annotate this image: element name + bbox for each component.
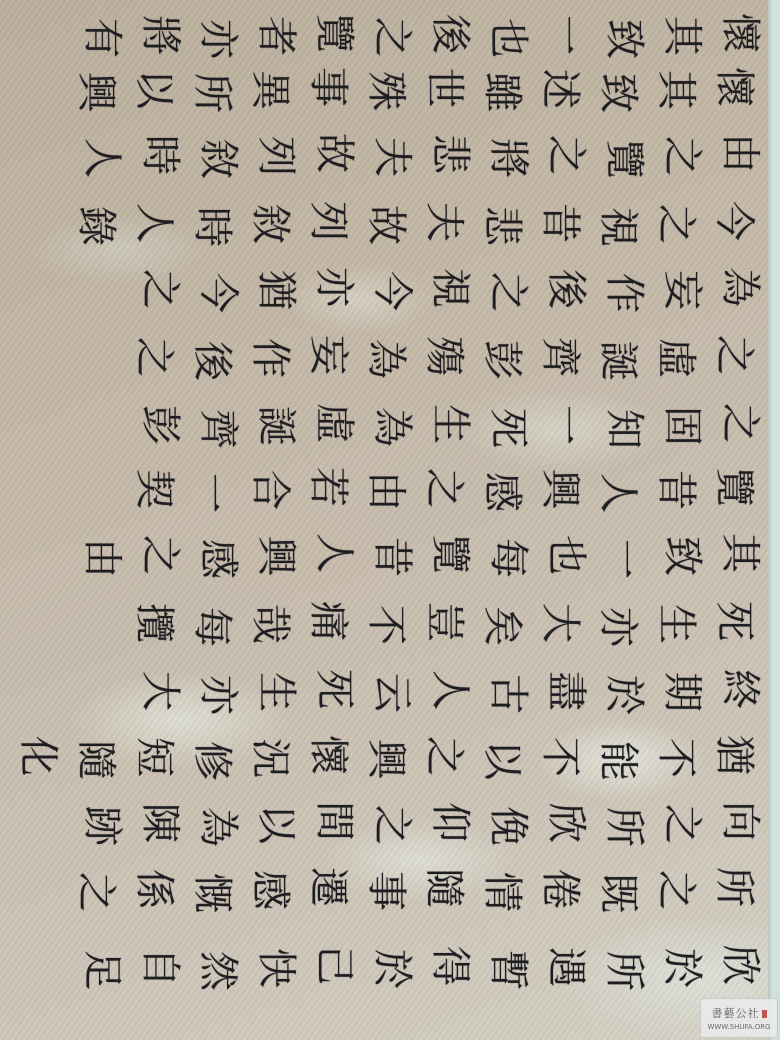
calligraphy-character: 興 — [251, 531, 301, 581]
calligraphy-character: 之 — [709, 330, 759, 380]
calligraphy-character: 列 — [251, 131, 301, 181]
calligraphy-character: 亦 — [193, 14, 243, 64]
calligraphy-character: 齊 — [193, 404, 243, 454]
calligraphy-character: 人 — [593, 468, 643, 518]
calligraphy-character: 事 — [303, 62, 353, 112]
calligraphy-character: 錄 — [71, 201, 121, 251]
calligraphy-character: 之 — [135, 264, 185, 314]
calligraphy-character: 盡 — [541, 666, 591, 716]
calligraphy-character: 之 — [541, 130, 591, 180]
calligraphy-character: 異 — [245, 65, 295, 115]
calligraphy-character: 懷 — [709, 62, 759, 112]
calligraphy-character: 由 — [361, 466, 411, 516]
calligraphy-column: 向之所欣俛仰之間以為陳跡 — [0, 796, 770, 856]
calligraphy-character: 彭 — [477, 335, 527, 385]
calligraphy-character: 為 — [367, 402, 417, 452]
calligraphy-character: 向 — [715, 796, 765, 846]
calligraphy-character: 也 — [541, 530, 591, 580]
calligraphy-character: 為 — [193, 802, 243, 852]
calligraphy-character: 之 — [419, 731, 469, 781]
calligraphy-character: 若 — [303, 462, 353, 512]
calligraphy-character: 今 — [367, 266, 417, 316]
calligraphy-character: 所 — [599, 802, 649, 852]
calligraphy-character: 豈 — [419, 597, 469, 647]
calligraphy-character: 隨 — [71, 735, 121, 785]
calligraphy-character: 所 — [599, 946, 649, 996]
calligraphy-character: 遇 — [541, 942, 591, 992]
calligraphy-character: 云 — [367, 668, 417, 718]
calligraphy-character: 陳 — [135, 798, 185, 848]
calligraphy-character: 今 — [709, 196, 759, 246]
calligraphy-character: 況 — [245, 733, 295, 783]
calligraphy-character: 仰 — [425, 797, 475, 847]
calligraphy-character: 殤 — [419, 331, 469, 381]
calligraphy-character: 係 — [129, 864, 179, 914]
calligraphy-character: 以 — [129, 64, 179, 114]
calligraphy-character: 敘 — [193, 134, 243, 184]
calligraphy-character: 作 — [245, 333, 295, 383]
calligraphy-column: 懷其致一也後之覽者亦將有 — [0, 8, 770, 68]
calligraphy-character: 昔 — [535, 198, 585, 248]
calligraphy-character: 悲 — [425, 129, 475, 179]
calligraphy-character: 短 — [129, 732, 179, 782]
calligraphy-character: 之 — [367, 12, 417, 62]
calligraphy-character: 後 — [187, 336, 237, 386]
calligraphy-character: 之 — [715, 398, 765, 448]
calligraphy-character: 生 — [651, 599, 701, 649]
calligraphy-character: 俛 — [483, 801, 533, 851]
calligraphy-column: 之固知一死生為虛誕齊彭 — [0, 398, 770, 458]
calligraphy-character: 其 — [651, 65, 701, 115]
calligraphy-character: 於 — [599, 670, 649, 720]
calligraphy-character: 懷 — [303, 730, 353, 780]
calligraphy-character: 雖 — [477, 67, 527, 117]
calligraphy-character: 化 — [13, 731, 63, 781]
calligraphy-character: 時 — [135, 130, 185, 180]
calligraphy-character: 虛 — [309, 398, 359, 448]
calligraphy-column: 死生亦大矣豈不痛哉每攬 — [0, 596, 770, 656]
calligraphy-character: 死 — [309, 664, 359, 714]
calligraphy-character: 古 — [483, 669, 533, 719]
calligraphy-character: 欣 — [715, 940, 765, 990]
calligraphy-character: 間 — [309, 796, 359, 846]
calligraphy-character: 情 — [477, 867, 527, 917]
calligraphy-character: 昔 — [367, 532, 417, 582]
calligraphy-character: 夫 — [419, 197, 469, 247]
calligraphy-character: 由 — [77, 533, 127, 583]
calligraphy-character: 感 — [477, 467, 527, 517]
calligraphy-character: 己 — [309, 940, 359, 990]
calligraphy-character: 慨 — [187, 868, 237, 918]
calligraphy-character: 事 — [361, 866, 411, 916]
calligraphy-character: 人 — [77, 133, 127, 183]
calligraphy-column: 懷其致述雖世殊事異所以興 — [0, 62, 770, 122]
calligraphy-character: 故 — [361, 200, 411, 250]
calligraphy-character: 人 — [425, 665, 475, 715]
calligraphy-character: 興 — [361, 734, 411, 784]
calligraphy-character: 跡 — [77, 801, 127, 851]
calligraphy-character: 每 — [187, 602, 237, 652]
calligraphy-character: 人 — [129, 198, 179, 248]
calligraphy-character: 者 — [251, 11, 301, 61]
calligraphy-character: 期 — [657, 667, 707, 717]
calligraphy-character: 於 — [657, 943, 707, 993]
calligraphy-character: 之 — [651, 199, 701, 249]
calligraphy-character: 能 — [593, 736, 643, 786]
calligraphy-character: 之 — [657, 799, 707, 849]
calligraphy-character: 懷 — [715, 8, 765, 58]
calligraphy-character: 之 — [419, 463, 469, 513]
calligraphy-character: 作 — [599, 268, 649, 318]
calligraphy-character: 故 — [309, 128, 359, 178]
calligraphy-column: 為妄作後之視今亦猶今之 — [0, 262, 770, 322]
calligraphy-character: 覽 — [309, 8, 359, 58]
calligraphy-character: 昔 — [651, 465, 701, 515]
calligraphy-character: 敘 — [245, 199, 295, 249]
calligraphy-character: 之 — [657, 131, 707, 181]
calligraphy-character: 既 — [593, 868, 643, 918]
calligraphy-character: 視 — [593, 202, 643, 252]
calligraphy-character: 所 — [187, 68, 237, 118]
calligraphy-column: 終期於盡古人云死生亦大 — [0, 664, 770, 724]
calligraphy-character: 妄 — [657, 265, 707, 315]
calligraphy-character: 生 — [425, 399, 475, 449]
calligraphy-character: 一 — [599, 534, 649, 584]
calligraphy-character: 隨 — [419, 863, 469, 913]
calligraphy-character: 矣 — [477, 601, 527, 651]
calligraphy-character: 致 — [593, 68, 643, 118]
calligraphy-character: 大 — [535, 598, 585, 648]
calligraphy-character: 由 — [715, 128, 765, 178]
calligraphy-character: 興 — [71, 67, 121, 117]
calligraphy-character: 誕 — [251, 401, 301, 451]
calligraphy-character: 之 — [129, 332, 179, 382]
calligraphy-character: 之 — [651, 865, 701, 915]
calligraphy-character: 一 — [541, 10, 591, 60]
calligraphy-character: 後 — [425, 9, 475, 59]
calligraphy-character: 夫 — [367, 132, 417, 182]
calligraphy-character: 為 — [361, 334, 411, 384]
calligraphy-character: 大 — [135, 666, 185, 716]
calligraphy-character: 世 — [419, 63, 469, 113]
calligraphy-character: 之 — [71, 867, 121, 917]
calligraphy-character: 妄 — [303, 330, 353, 380]
calligraphy-character: 時 — [187, 202, 237, 252]
calligraphy-character: 知 — [599, 404, 649, 454]
calligraphy-character: 覽 — [425, 529, 475, 579]
calligraphy-character: 每 — [483, 533, 533, 583]
calligraphy-character: 致 — [599, 14, 649, 64]
calligraphy-character: 終 — [715, 664, 765, 714]
calligraphy-character: 生 — [251, 667, 301, 717]
calligraphy-column: 其致一也每覽昔人興感之由 — [0, 528, 770, 588]
calligraphy-character: 得 — [425, 941, 475, 991]
calligraphy-character: 一 — [187, 468, 237, 518]
calligraphy-character: 將 — [483, 133, 533, 183]
calligraphy-character: 遷 — [303, 862, 353, 912]
calligraphy-character: 後 — [541, 264, 591, 314]
calligraphy-character: 死 — [709, 596, 759, 646]
calligraphy-character: 以 — [251, 799, 301, 849]
calligraphy-character: 哉 — [245, 599, 295, 649]
seal-icon — [762, 1010, 767, 1018]
calligraphy-character: 合 — [245, 465, 295, 515]
calligraphy-character: 猶 — [251, 265, 301, 315]
calligraphy-character: 所 — [709, 862, 759, 912]
calligraphy-character: 痛 — [303, 596, 353, 646]
calligraphy-character: 有 — [77, 13, 127, 63]
calligraphy-character: 殊 — [361, 66, 411, 116]
calligraphy-character: 於 — [367, 944, 417, 994]
calligraphy-character: 其 — [657, 11, 707, 61]
calligraphy-character: 致 — [657, 531, 707, 581]
calligraphy-character: 虛 — [651, 333, 701, 383]
calligraphy-character: 固 — [657, 401, 707, 451]
calligraphy-character: 攬 — [129, 598, 179, 648]
calligraphy-character: 感 — [193, 534, 243, 584]
calligraphy-character: 不 — [361, 600, 411, 650]
calligraphy-column: 猶不能不以之興懷況修短隨化 — [0, 730, 770, 790]
calligraphy-character: 人 — [309, 528, 359, 578]
calligraphy-character: 以 — [477, 735, 527, 785]
calligraphy-character: 其 — [715, 528, 765, 578]
calligraphy-character: 感 — [245, 865, 295, 915]
calligraphy-character: 彭 — [135, 400, 185, 450]
calligraphy-character: 誕 — [593, 336, 643, 386]
calligraphy-column: 之虛誕齊彭殤為妄作後之 — [0, 330, 770, 390]
calligraphy-character: 興 — [535, 464, 585, 514]
calligraphy-character: 一 — [541, 400, 591, 450]
calligraphy-column: 今之視昔悲夫故列敘時人錄 — [0, 196, 770, 256]
watermark-title: 書藝公社 — [712, 1007, 760, 1020]
calligraphy-column: 由之覽之將悲夫故列敘時人 — [0, 128, 770, 188]
calligraphy-character: 悲 — [477, 201, 527, 251]
calligraphy-character: 之 — [367, 800, 417, 850]
calligraphy-character: 契 — [129, 464, 179, 514]
calligraphy-column: 所之既倦情隨事遷感慨係之 — [0, 862, 770, 922]
calligraphy-character: 之 — [483, 267, 533, 317]
calligraphy-character: 將 — [135, 10, 185, 60]
calligraphy-character: 自 — [135, 942, 185, 992]
calligraphy-character: 倦 — [535, 864, 585, 914]
calligraphy-character: 今 — [193, 268, 243, 318]
calligraphy-character: 然 — [193, 946, 243, 996]
calligraphy-character: 亦 — [193, 670, 243, 720]
calligraphy-character: 不 — [651, 733, 701, 783]
calligraphy-character: 述 — [535, 64, 585, 114]
calligraphy-character: 不 — [535, 732, 585, 782]
calligraphy-column: 覽昔人興感之由若合一契 — [0, 462, 770, 522]
calligraphy-character: 修 — [187, 736, 237, 786]
calligraphy-character: 欣 — [541, 798, 591, 848]
calligraphy-character: 亦 — [309, 262, 359, 312]
calligraphy-character: 覽 — [709, 462, 759, 512]
calligraphy-character: 齊 — [535, 332, 585, 382]
calligraphy-character: 暫 — [483, 945, 533, 995]
calligraphy-character: 列 — [303, 196, 353, 246]
calligraphy-character: 足 — [77, 945, 127, 995]
watermark-url: WWW.SHUFA.ORG — [707, 1023, 770, 1031]
calligraphy-character: 視 — [425, 263, 475, 313]
calligraphy-character: 亦 — [593, 602, 643, 652]
calligraphy-character: 快 — [251, 943, 301, 993]
calligraphy-character: 死 — [483, 403, 533, 453]
calligraphy-character: 之 — [135, 530, 185, 580]
watermark: 書藝公社 WWW.SHUFA.ORG — [700, 998, 778, 1038]
calligraphy-character: 為 — [715, 262, 765, 312]
calligraphy-character: 覽 — [599, 134, 649, 184]
calligraphy-character: 猶 — [709, 730, 759, 780]
calligraphy-column: 欣於所遇暫得於己快然自足 — [0, 940, 770, 1000]
calligraphy-character: 也 — [483, 13, 533, 63]
